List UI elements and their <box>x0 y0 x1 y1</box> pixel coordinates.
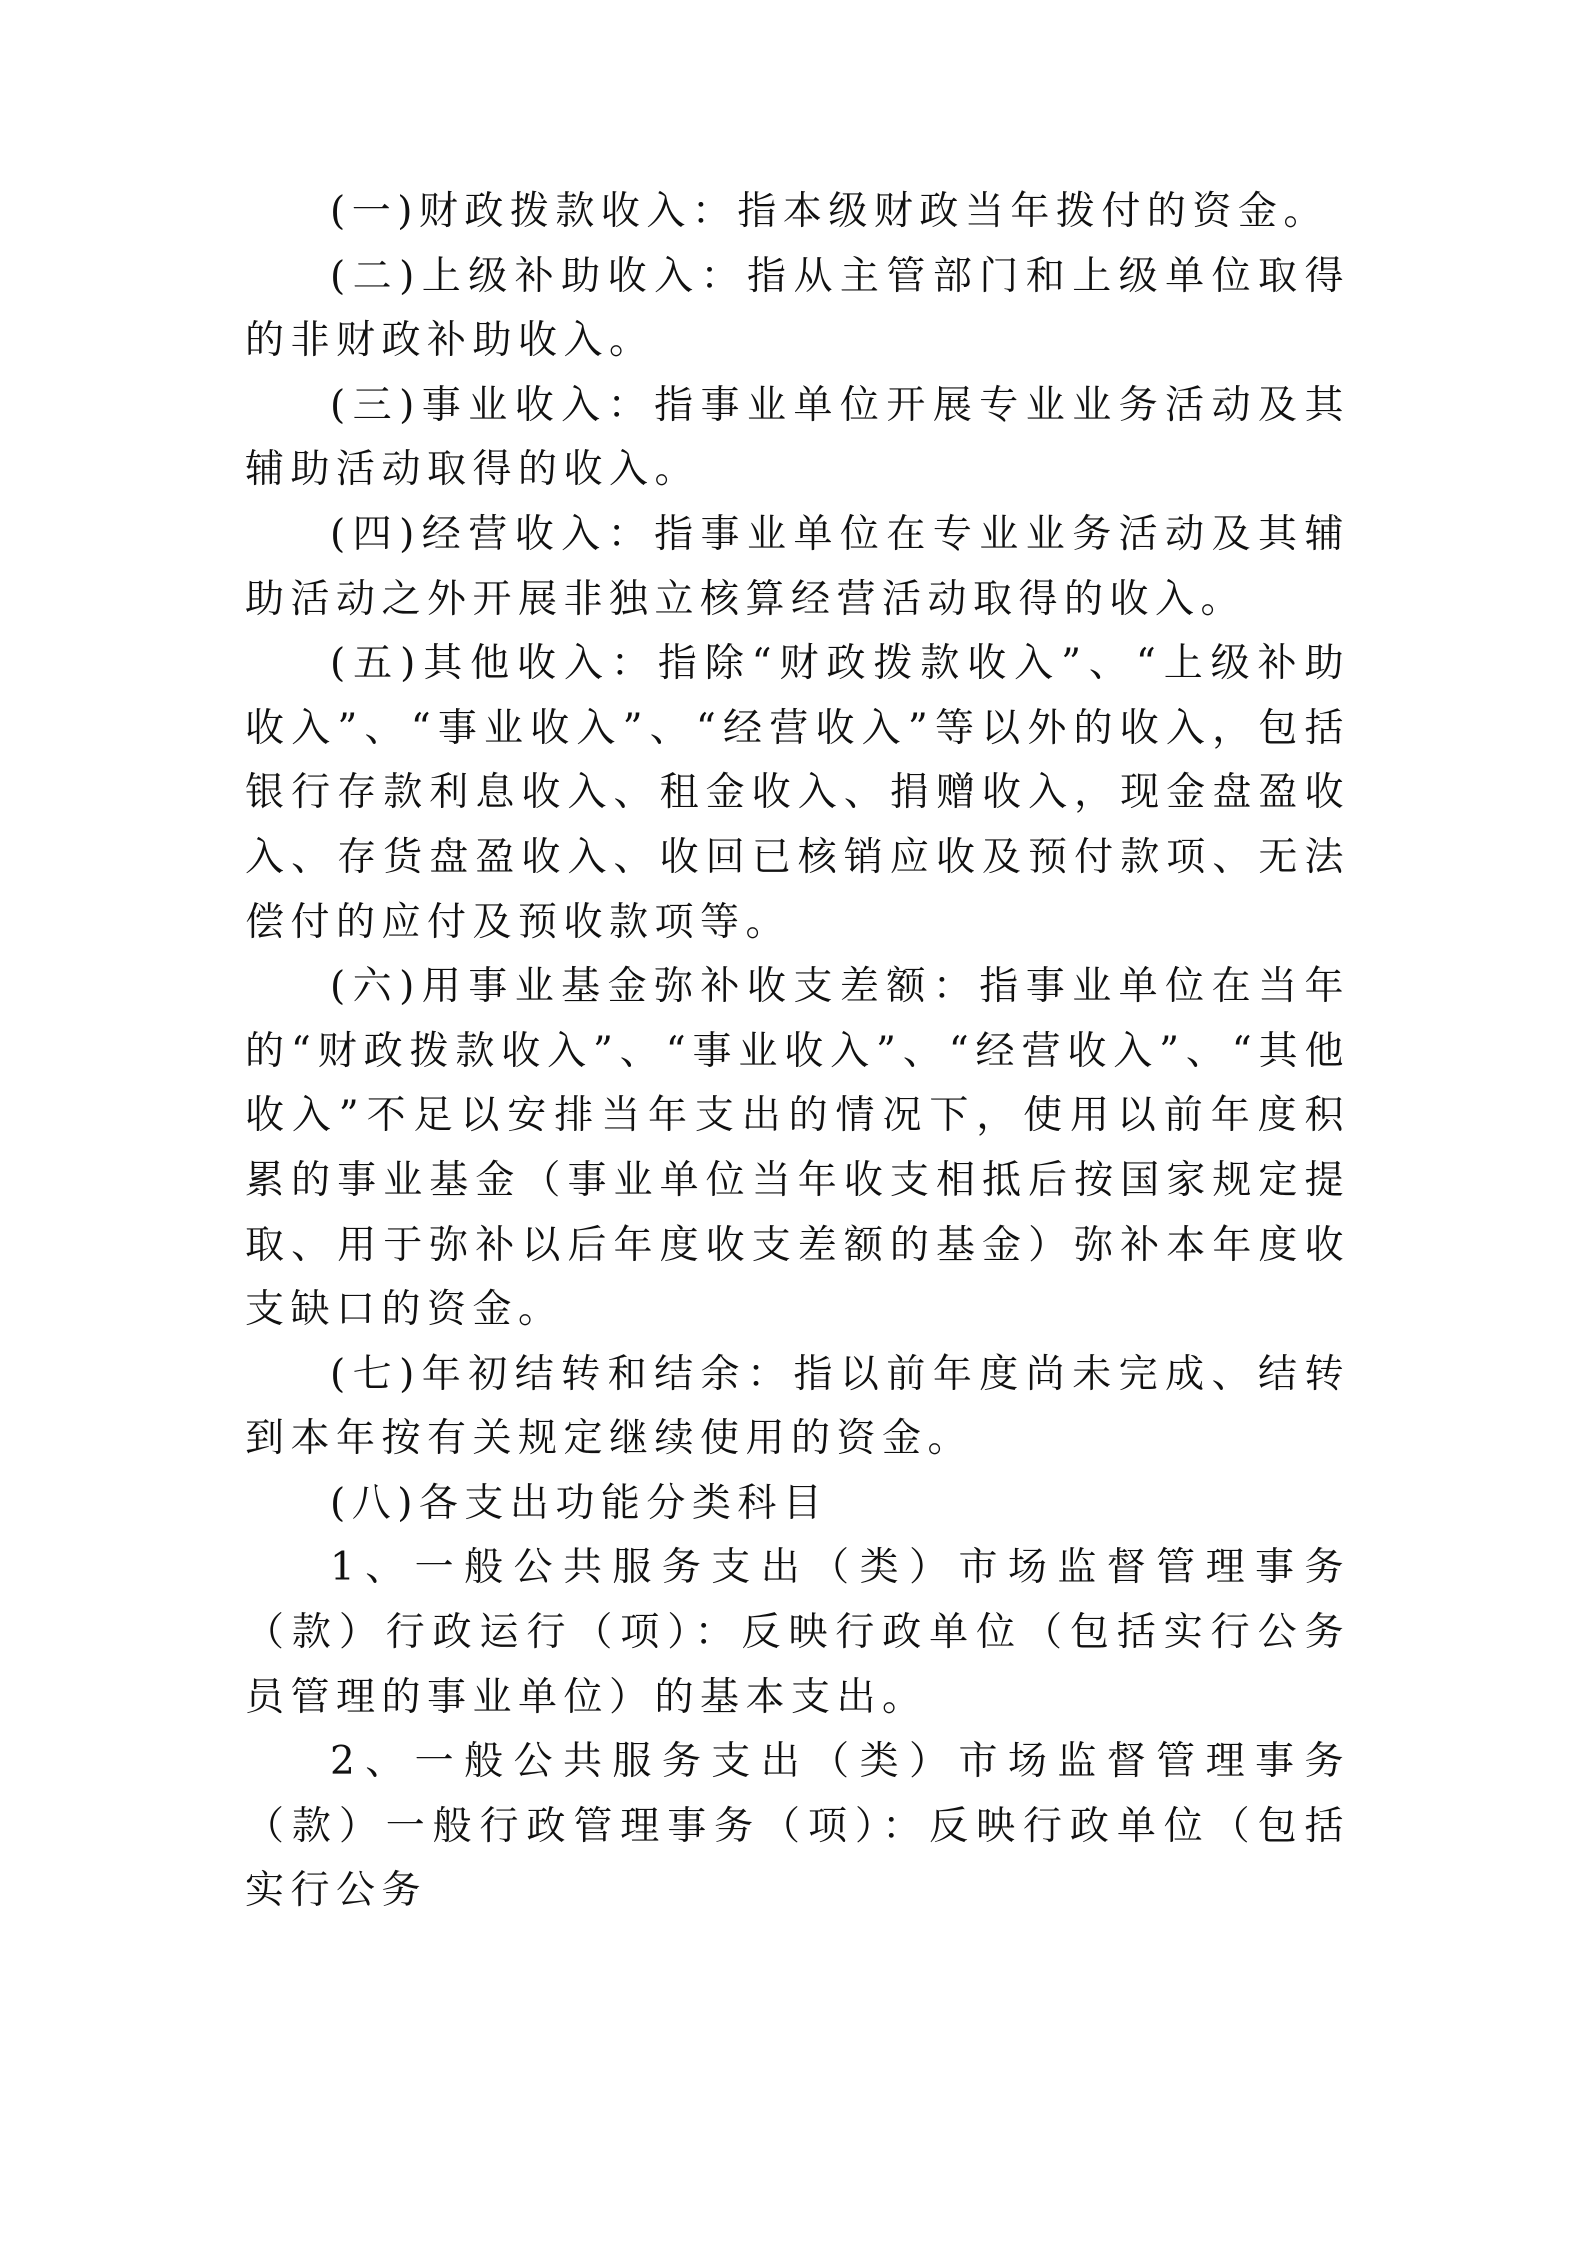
paragraph-fiscal-appropriation-income: (一)财政拨款收入：指本级财政当年拨付的资金。 <box>245 180 1350 245</box>
paragraph-business-fund-offset: (六)用事业基金弥补收支差额：指事业单位在当年的“财政拨款收入”、“事业收入”、… <box>245 955 1350 1343</box>
paragraph-operating-income: (四)经营收入：指事业单位在专业业务活动及其辅助活动之外开展非独立核算经营活动取… <box>245 503 1350 632</box>
paragraph-carryover-balance: (七)年初结转和结余：指以前年度尚未完成、结转到本年按有关规定继续使用的资金。 <box>245 1343 1350 1472</box>
paragraph-item-1-administrative-operation: 1、一般公共服务支出（类）市场监督管理事务（款）行政运行（项）：反映行政单位（包… <box>245 1536 1350 1730</box>
paragraph-superior-subsidy-income: (二)上级补助收入：指从主管部门和上级单位取得的非财政补助收入。 <box>245 245 1350 374</box>
paragraph-other-income: (五)其他收入：指除“财政拨款收入”、“上级补助收入”、“事业收入”、“经营收入… <box>245 632 1350 955</box>
paragraph-business-income: (三)事业收入：指事业单位开展专业业务活动及其辅助活动取得的收入。 <box>245 374 1350 503</box>
paragraph-item-2-general-administration: 2、一般公共服务支出（类）市场监督管理事务（款）一般行政管理事务（项）：反映行政… <box>245 1730 1350 1924</box>
document-page: (一)财政拨款收入：指本级财政当年拨付的资金。 (二)上级补助收入：指从主管部门… <box>245 180 1350 1924</box>
paragraph-expenditure-categories-heading: (八)各支出功能分类科目 <box>245 1472 1350 1537</box>
